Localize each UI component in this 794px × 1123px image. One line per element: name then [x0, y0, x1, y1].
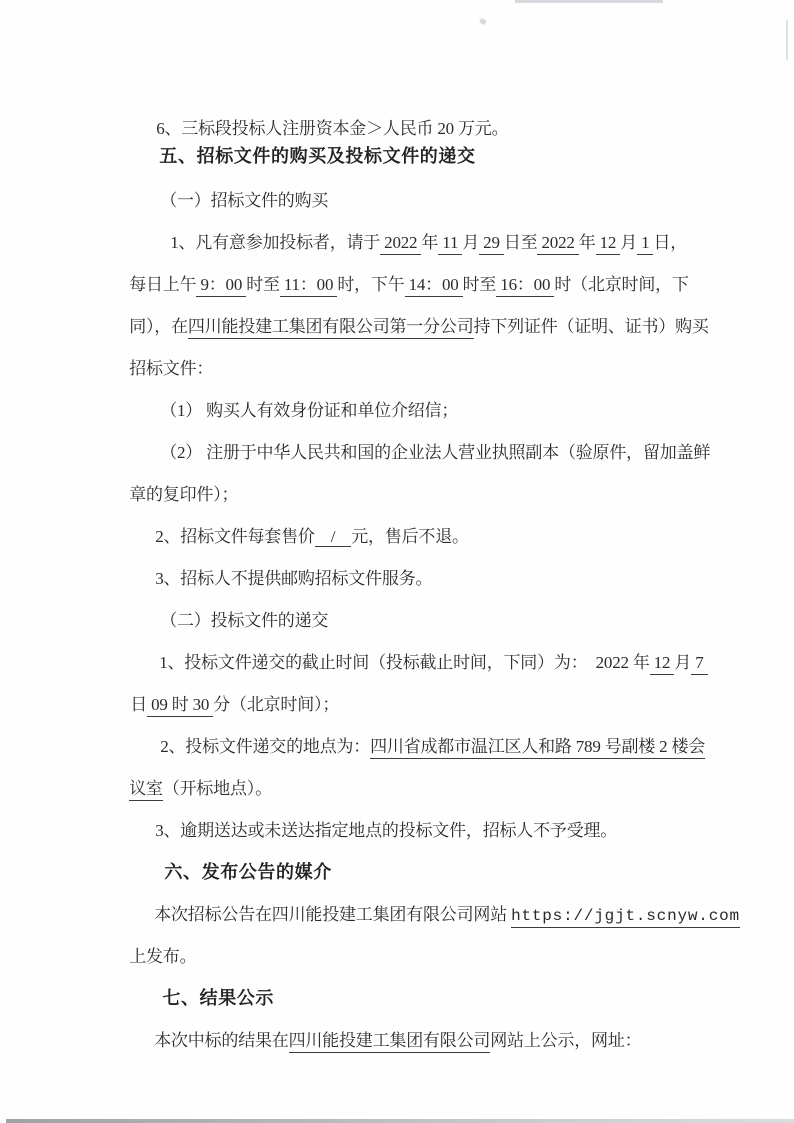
line-result-publicity: 本次中标的结果在四川能投建工集团有限公司网站上公示，网址： [138, 1006, 641, 1075]
blank-company-branch-name: 四川能投建工集团有限公司第一分公司 [188, 317, 474, 339]
scanned-document-page: 6、三标段投标人注册资本金＞人民币 20 万元。 五、招标文件的购买及投标文件的… [0, 0, 794, 1123]
text-segment: （2） 注册于中华人民共和国的企业法人营业执照副本（验原件，留加盖鲜 [160, 443, 710, 462]
scan-artifact-right-edge [786, 20, 788, 60]
blank-submission-address: 四川省成都市温江区人和路 789 号副楼 2 楼会 [370, 737, 705, 759]
scan-artifact-top-edge [515, 0, 663, 3]
blank-deadline-day: 7 [691, 653, 707, 675]
text-segment: 本次中标的结果在 [154, 1031, 288, 1050]
text-segment: 本次招标公告在四川能投建工集团有限公司网站 [154, 905, 511, 924]
text-segment: 网站上公示，网址： [490, 1031, 641, 1050]
website-url: https://jgjt.scnyw.com [511, 907, 740, 928]
line-announcement-media: 本次招标公告在四川能投建工集团有限公司网站 https://jgjt.scnyw… [138, 880, 740, 951]
text-segment: 持下列证件（证明、证书）购买 [474, 317, 709, 336]
text-segment: 六、发布公告的媒介 [164, 862, 331, 882]
blank-result-company-name: 四川能投建工集团有限公司 [289, 1031, 491, 1053]
text-segment: 七、结果公示 [162, 988, 274, 1008]
blank-deadline-month: 12 [650, 653, 675, 675]
text-segment: 月 [674, 653, 691, 672]
scan-artifact-speck [479, 18, 487, 25]
scan-artifact-bottom-edge [6, 1119, 794, 1123]
text-segment: 五、招标文件的购买及投标文件的递交 [159, 146, 475, 166]
